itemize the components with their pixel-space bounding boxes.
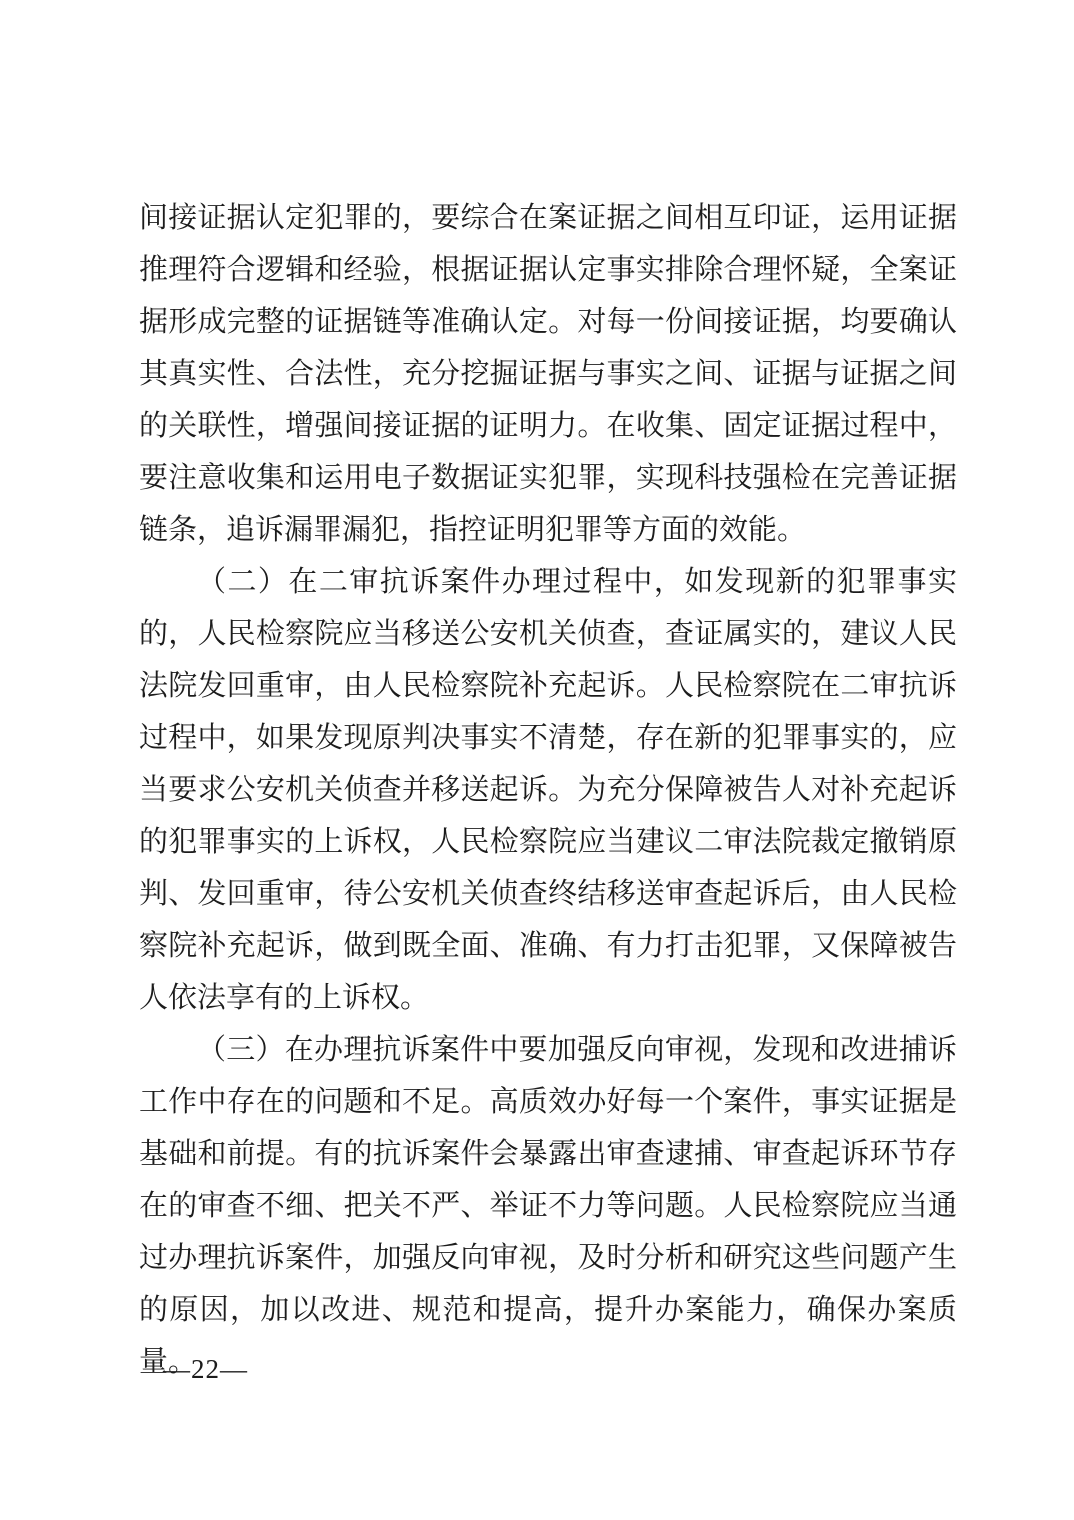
- document-page: 间接证据认定犯罪的，要综合在案证据之间相互印证，运用证据推理符合逻辑和经验，根据…: [0, 0, 1074, 1520]
- paragraph-section-2: （二）在二审抗诉案件办理过程中，如发现新的犯罪事实的，人民检察院应当移送公安机关…: [139, 556, 957, 1024]
- paragraph-continuation: 间接证据认定犯罪的，要综合在案证据之间相互印证，运用证据推理符合逻辑和经验，根据…: [139, 192, 957, 556]
- paragraph-section-3: （三）在办理抗诉案件中要加强反向审视，发现和改进捕诉工作中存在的问题和不足。高质…: [139, 1024, 957, 1388]
- document-body: 间接证据认定犯罪的，要综合在案证据之间相互印证，运用证据推理符合逻辑和经验，根据…: [139, 192, 957, 1388]
- page-number: —22—: [163, 1352, 248, 1386]
